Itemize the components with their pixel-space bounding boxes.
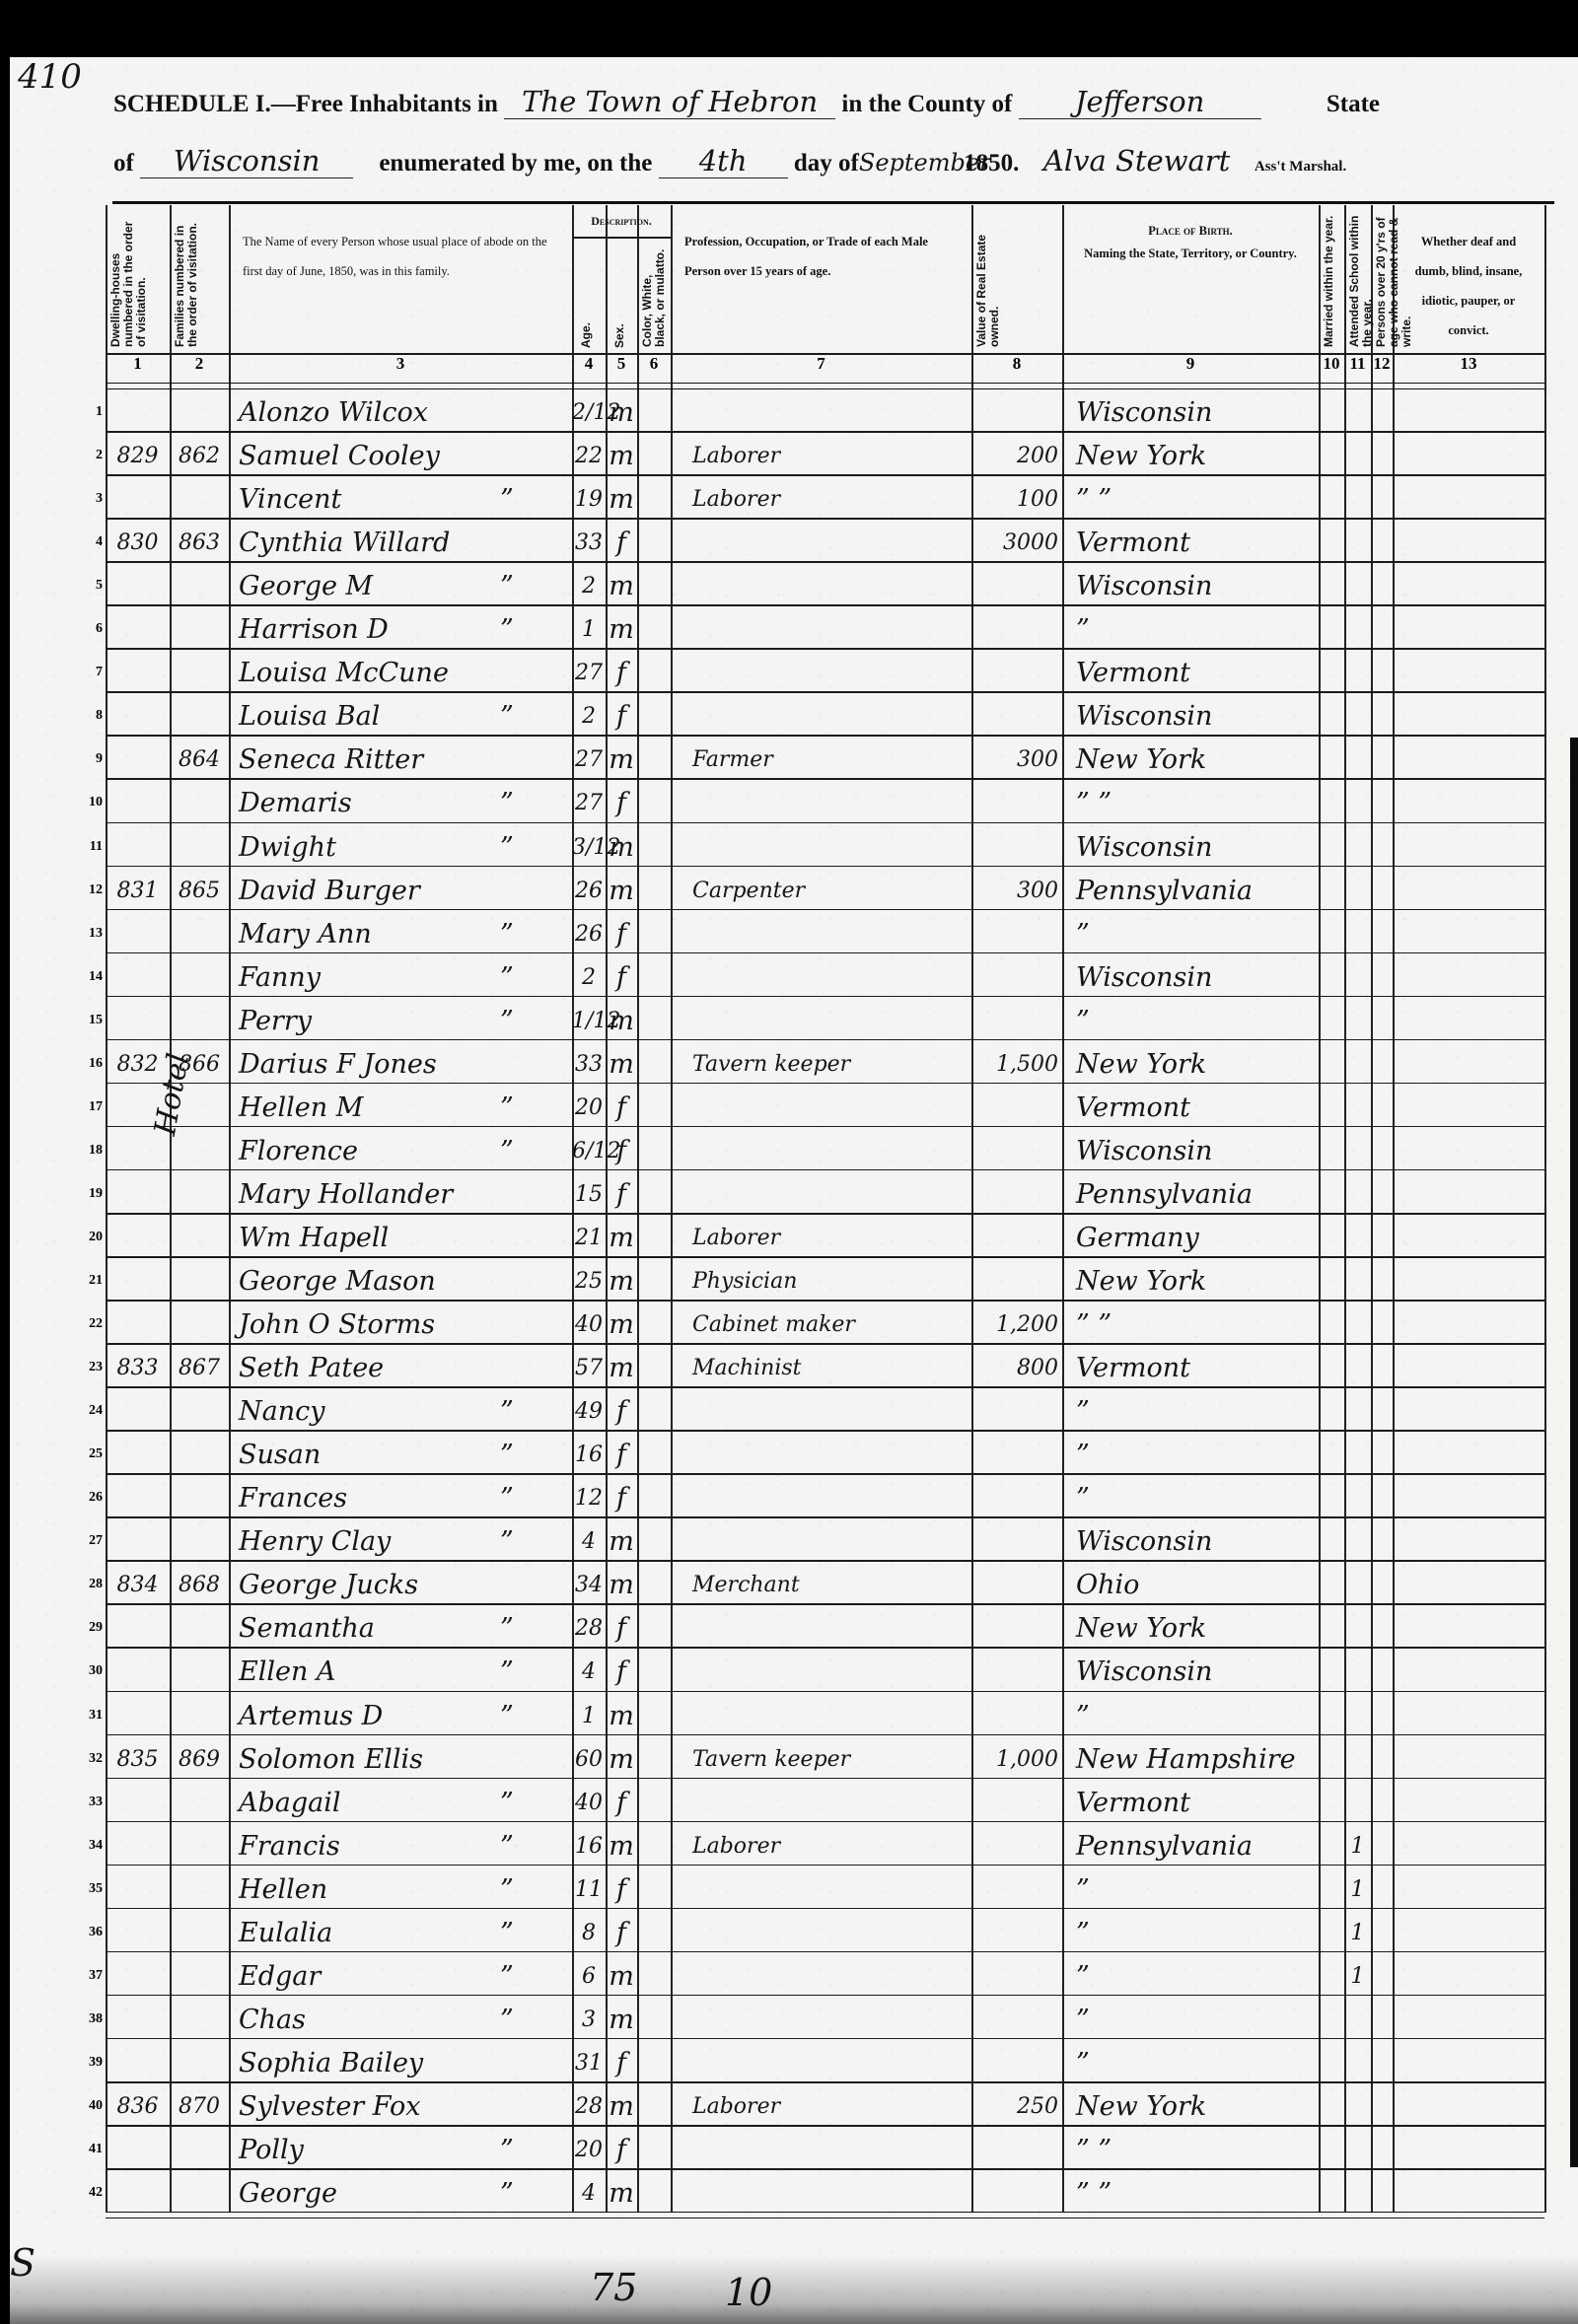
person-name: Hellen M <box>239 1093 535 1123</box>
real-estate-value: 250 <box>973 2092 1058 2122</box>
column-rule <box>106 205 108 2213</box>
row-rule <box>106 996 1544 998</box>
row-rule <box>106 691 1544 693</box>
family-number: 865 <box>172 877 227 906</box>
state-label: State <box>1327 91 1380 117</box>
person-name: Polly <box>239 2136 535 2165</box>
age: 1 <box>572 1702 606 1731</box>
column-rule <box>1062 205 1064 2213</box>
line-number: 21 <box>77 1273 103 1289</box>
age: 1 <box>572 615 606 645</box>
person-name: Mary Ann <box>239 920 535 950</box>
place-of-birth: Wisconsin <box>1076 1657 1315 1687</box>
sex: f <box>606 963 637 993</box>
row-rule <box>106 1039 1544 1041</box>
line-number: 40 <box>77 2098 103 2114</box>
county-field: Jefferson <box>1019 85 1261 119</box>
person-name: Alonzo Wilcox <box>239 398 535 428</box>
sex: m <box>606 1224 637 1253</box>
person-name: Mary Hollander <box>239 1180 535 1210</box>
column-number-12: 12 <box>1371 354 1393 374</box>
row-rule <box>106 1300 1544 1302</box>
scan-shadow <box>10 2255 1578 2324</box>
place-of-birth: ” <box>1076 1919 1315 1948</box>
real-estate-value: 3000 <box>973 528 1058 558</box>
person-name: Edgar <box>239 1962 535 1992</box>
column-number-4: 4 <box>572 354 606 374</box>
place-of-birth: Vermont <box>1076 1093 1315 1123</box>
row-rule <box>106 952 1544 954</box>
age: 15 <box>572 1180 606 1210</box>
line-number: 42 <box>77 2185 103 2201</box>
state-field: Wisconsin <box>140 144 353 178</box>
column-rule <box>170 205 172 2213</box>
place-of-birth: Wisconsin <box>1076 398 1315 428</box>
age: 26 <box>572 877 606 906</box>
person-name: Henry Clay <box>239 1527 535 1557</box>
occupation: Laborer <box>692 442 964 471</box>
name-ditto-mark: ” <box>500 2136 530 2165</box>
age: 8 <box>572 1919 606 1948</box>
dwelling-number: 834 <box>108 1571 168 1600</box>
column-header-1: Dwelling-houses numbered in the order of… <box>109 213 166 347</box>
schedule-heading: SCHEDULE I.—Free Inhabitants in <box>113 91 498 117</box>
age: 40 <box>572 1310 606 1340</box>
row-rule <box>106 1473 1544 1475</box>
line-number: 4 <box>77 534 103 550</box>
sex: m <box>606 833 637 863</box>
name-ditto-mark: ” <box>500 1962 530 1992</box>
place-field: The Town of Hebron <box>504 85 835 119</box>
sex: f <box>606 1397 637 1427</box>
line-number: 23 <box>77 1360 103 1375</box>
column-rule <box>1319 205 1321 2213</box>
row-rule <box>106 1386 1544 1388</box>
attended-school: 1 <box>1344 1919 1371 1948</box>
name-ditto-mark: ” <box>500 1875 530 1905</box>
name-ditto-mark: ” <box>500 1137 530 1166</box>
age: 31 <box>572 2049 606 2078</box>
age: 26 <box>572 920 606 950</box>
column-number-2: 2 <box>170 354 229 374</box>
name-ditto-mark: ” <box>500 1614 530 1644</box>
census-page: 410 SCHEDULE I.—Free Inhabitants in The … <box>10 57 1578 2324</box>
person-name: Darius F Jones <box>239 1050 535 1080</box>
line-number: 8 <box>77 708 103 724</box>
line-number: 29 <box>77 1620 103 1636</box>
sex: m <box>606 1527 637 1557</box>
line-number: 26 <box>77 1490 103 1506</box>
age: 28 <box>572 1614 606 1644</box>
family-number: 869 <box>172 1745 227 1775</box>
column-number-1: 1 <box>106 354 170 374</box>
age: 27 <box>572 745 606 775</box>
person-name: Sylvester Fox <box>239 2092 535 2122</box>
age: 20 <box>572 2136 606 2165</box>
age: 2 <box>572 572 606 601</box>
place-of-birth: Vermont <box>1076 1789 1315 1818</box>
header-double-rule <box>106 383 1544 389</box>
row-rule <box>106 1908 1544 1910</box>
name-ditto-mark: ” <box>500 2179 530 2209</box>
place-of-birth: Vermont <box>1076 528 1315 558</box>
age: 16 <box>572 1441 606 1470</box>
name-ditto-mark: ” <box>500 1789 530 1818</box>
row-rule <box>106 1213 1544 1215</box>
place-of-birth: Germany <box>1076 1224 1315 1253</box>
row-rule <box>106 474 1544 476</box>
column-header-4: Age. <box>580 304 600 348</box>
age: 27 <box>572 789 606 818</box>
row-rule <box>106 1778 1544 1780</box>
occupation: Laborer <box>692 1832 964 1862</box>
sex: m <box>606 485 637 515</box>
person-name: Dwight <box>239 833 535 863</box>
sex: m <box>606 1050 637 1080</box>
person-name: Wm Hapell <box>239 1224 535 1253</box>
person-name: George M <box>239 572 535 601</box>
age: 60 <box>572 1745 606 1775</box>
column-header-12: Persons over 20 y'rs of age who cannot r… <box>1375 213 1389 347</box>
line-number: 24 <box>77 1403 103 1419</box>
sex: f <box>606 528 637 558</box>
line-number: 15 <box>77 1013 103 1028</box>
place-of-birth: ” <box>1076 615 1315 645</box>
place-of-birth: ” <box>1076 1702 1315 1731</box>
line-number: 7 <box>77 665 103 680</box>
sex: m <box>606 398 637 428</box>
column-number-9: 9 <box>1062 354 1319 374</box>
sex: f <box>606 1137 637 1166</box>
column-header-2: Families numbered in the order of visita… <box>174 213 225 347</box>
column-header-10: Married within the year. <box>1323 213 1340 347</box>
family-number: 870 <box>172 2092 227 2122</box>
row-rule <box>106 909 1544 911</box>
sex: f <box>606 1484 637 1514</box>
family-number: 863 <box>172 528 227 558</box>
place-of-birth: Wisconsin <box>1076 1137 1315 1166</box>
sex: f <box>606 789 637 818</box>
day-of-label: day of <box>794 150 859 176</box>
line-number: 20 <box>77 1230 103 1245</box>
place-of-birth: ” <box>1076 2006 1315 2035</box>
name-ditto-mark: ” <box>500 485 530 515</box>
column-rule <box>1344 205 1346 2213</box>
sex: f <box>606 2136 637 2165</box>
column-rule <box>229 205 231 2213</box>
person-name: George <box>239 2179 535 2209</box>
column-header-11: Attended School within the year. <box>1348 213 1367 347</box>
place-of-birth: ” ” <box>1076 1310 1315 1340</box>
sex: m <box>606 572 637 601</box>
row-rule <box>106 604 1544 606</box>
family-number: 864 <box>172 745 227 775</box>
person-name: John O Storms <box>239 1310 535 1340</box>
sex: f <box>606 702 637 732</box>
age: 2 <box>572 702 606 732</box>
line-number: 10 <box>77 795 103 810</box>
row-rule <box>106 2081 1544 2083</box>
person-name: Ellen A <box>239 1657 535 1687</box>
line-number: 17 <box>77 1099 103 1115</box>
age: 22 <box>572 442 606 471</box>
column-number-11: 11 <box>1344 354 1371 374</box>
sex: f <box>606 1789 637 1818</box>
column-number-8: 8 <box>971 354 1062 374</box>
age: 33 <box>572 528 606 558</box>
line-number: 9 <box>77 751 103 767</box>
column-number-6: 6 <box>637 354 671 374</box>
line-number: 13 <box>77 926 103 942</box>
attended-school: 1 <box>1344 1875 1371 1905</box>
real-estate-value: 800 <box>973 1354 1058 1383</box>
row-rule <box>106 1560 1544 1562</box>
table-top-rule <box>112 201 1554 204</box>
place-of-birth: ” ” <box>1076 789 1315 818</box>
row-rule <box>106 1516 1544 1518</box>
row-rule <box>106 1865 1544 1866</box>
row-rule <box>106 648 1544 650</box>
dwelling-number: 829 <box>108 442 168 471</box>
row-rule <box>106 866 1544 868</box>
age: 28 <box>572 2092 606 2122</box>
age: 6/12 <box>572 1137 606 1166</box>
place-of-birth: Wisconsin <box>1076 1527 1315 1557</box>
place-of-birth-title: Place of Birth. <box>1072 221 1309 241</box>
row-rule <box>106 778 1544 780</box>
sex: f <box>606 1657 637 1687</box>
person-name: Hellen <box>239 1875 535 1905</box>
occupation: Tavern keeper <box>692 1745 964 1775</box>
dwelling-number: 835 <box>108 1745 168 1775</box>
age: 1/12 <box>572 1007 606 1036</box>
place-of-birth: ” <box>1076 2049 1315 2078</box>
place-of-birth: Wisconsin <box>1076 702 1315 732</box>
column-header-7: Profession, Occupation, or Trade of each… <box>684 227 958 286</box>
row-rule <box>106 1734 1544 1736</box>
line-number: 25 <box>77 1446 103 1462</box>
place-of-birth: ” ” <box>1076 485 1315 515</box>
sex: f <box>606 1875 637 1905</box>
person-name: Seth Patee <box>239 1354 535 1383</box>
real-estate-value: 1,000 <box>973 1745 1058 1775</box>
real-estate-value: 300 <box>973 877 1058 906</box>
person-name: Francis <box>239 1832 535 1862</box>
person-name: Chas <box>239 2006 535 2035</box>
row-rule <box>106 2168 1544 2170</box>
person-name: Louisa McCune <box>239 659 535 688</box>
row-rule <box>106 518 1544 520</box>
row-rule <box>106 1691 1544 1693</box>
person-name: David Burger <box>239 877 535 906</box>
name-ditto-mark: ” <box>500 1484 530 1514</box>
place-of-birth: Wisconsin <box>1076 833 1315 863</box>
description-rule <box>572 237 671 239</box>
line-number: 14 <box>77 969 103 985</box>
person-name: Vincent <box>239 485 535 515</box>
line-number: 32 <box>77 1751 103 1767</box>
column-rule <box>1544 205 1546 2213</box>
line-number: 33 <box>77 1795 103 1810</box>
age: 12 <box>572 1484 606 1514</box>
occupation: Laborer <box>692 485 964 515</box>
person-name: Florence <box>239 1137 535 1166</box>
dwelling-number: 836 <box>108 2092 168 2122</box>
of-label: of <box>113 150 134 176</box>
table-bottom-rule <box>106 2212 1544 2218</box>
column-header-6: Color, White, black, or mulatto. <box>641 245 669 347</box>
sex: m <box>606 1007 637 1036</box>
sex: m <box>606 745 637 775</box>
county-label: in the County of <box>841 91 1012 117</box>
age: 11 <box>572 1875 606 1905</box>
sex: f <box>606 1441 637 1470</box>
line-number: 41 <box>77 2142 103 2157</box>
place-of-birth: New York <box>1076 442 1315 471</box>
line-number: 31 <box>77 1708 103 1724</box>
sex: f <box>606 2049 637 2078</box>
line-number: 2 <box>77 448 103 463</box>
line-number: 16 <box>77 1056 103 1072</box>
row-rule <box>106 2125 1544 2127</box>
place-of-birth: Ohio <box>1076 1571 1315 1600</box>
line-number: 22 <box>77 1316 103 1332</box>
age: 57 <box>572 1354 606 1383</box>
family-number: 867 <box>172 1354 227 1383</box>
line-number: 28 <box>77 1577 103 1592</box>
sex: f <box>606 1093 637 1123</box>
row-rule <box>106 1951 1544 1953</box>
sex: m <box>606 615 637 645</box>
person-name: Frances <box>239 1484 535 1514</box>
column-number-7: 7 <box>671 354 971 374</box>
place-of-birth: ” <box>1076 920 1315 950</box>
person-name: Harrison D <box>239 615 535 645</box>
line-number: 12 <box>77 882 103 898</box>
sex: m <box>606 1745 637 1775</box>
column-rule <box>671 205 673 2213</box>
place-of-birth: Pennsylvania <box>1076 1180 1315 1210</box>
name-ditto-mark: ” <box>500 2006 530 2035</box>
occupation: Laborer <box>692 2092 964 2122</box>
column-number-5: 5 <box>606 354 637 374</box>
place-of-birth: ” <box>1076 1441 1315 1470</box>
occupation: Physician <box>692 1267 964 1297</box>
name-ditto-mark: ” <box>500 1397 530 1427</box>
place-of-birth: New York <box>1076 1614 1315 1644</box>
line-number: 18 <box>77 1143 103 1159</box>
person-name: Sophia Bailey <box>239 2049 535 2078</box>
sex: m <box>606 1832 637 1862</box>
name-ditto-mark: ” <box>500 1657 530 1687</box>
row-rule <box>106 1126 1544 1128</box>
sex: m <box>606 1267 637 1297</box>
name-ditto-mark: ” <box>500 1007 530 1036</box>
person-name: Louisa Bal <box>239 702 535 732</box>
row-rule <box>106 822 1544 824</box>
row-rule <box>106 1430 1544 1432</box>
sex: m <box>606 877 637 906</box>
attended-school: 1 <box>1344 1832 1371 1862</box>
enumerated-label: enumerated by me, on the <box>379 150 652 176</box>
column-rule <box>1393 205 1395 2213</box>
real-estate-value: 100 <box>973 485 1058 515</box>
real-estate-value: 1,500 <box>973 1050 1058 1080</box>
person-name: George Jucks <box>239 1571 535 1600</box>
person-name: Samuel Cooley <box>239 442 535 471</box>
row-rule <box>106 431 1544 433</box>
occupation: Farmer <box>692 745 964 775</box>
line-number: 19 <box>77 1186 103 1202</box>
sex: m <box>606 442 637 471</box>
line-number: 1 <box>77 404 103 420</box>
line-number: 39 <box>77 2055 103 2071</box>
column-rule <box>1371 205 1373 2213</box>
place-of-birth: Wisconsin <box>1076 572 1315 601</box>
place-of-birth: Vermont <box>1076 1354 1315 1383</box>
name-ditto-mark: ” <box>500 1441 530 1470</box>
row-rule <box>106 1603 1544 1605</box>
real-estate-value: 300 <box>973 745 1058 775</box>
sex: f <box>606 1614 637 1644</box>
attended-school: 1 <box>1344 1962 1371 1992</box>
person-name: Fanny <box>239 963 535 993</box>
month-field: September <box>859 149 958 176</box>
sex: f <box>606 659 637 688</box>
line-number: 5 <box>77 578 103 594</box>
place-of-birth: ” ” <box>1076 2136 1315 2165</box>
person-name: Seneca Ritter <box>239 745 535 775</box>
name-ditto-mark: ” <box>500 963 530 993</box>
age: 6 <box>572 1962 606 1992</box>
binding-edge <box>1570 738 1578 2167</box>
sex: f <box>606 920 637 950</box>
real-estate-value: 1,200 <box>973 1310 1058 1340</box>
age: 4 <box>572 1657 606 1687</box>
column-header-3: The Name of every Person whose usual pla… <box>243 227 558 286</box>
person-name: George Mason <box>239 1267 535 1297</box>
age: 33 <box>572 1050 606 1080</box>
place-of-birth: Vermont <box>1076 659 1315 688</box>
occupation: Merchant <box>692 1571 964 1600</box>
marshal-title: Ass't Marshal. <box>1255 159 1346 175</box>
age: 2/12 <box>572 398 606 428</box>
sex: m <box>606 2092 637 2122</box>
sex: f <box>606 1180 637 1210</box>
line-number: 37 <box>77 1968 103 1984</box>
occupation: Laborer <box>692 1224 964 1253</box>
place-of-birth: ” <box>1076 1962 1315 1992</box>
name-ditto-mark: ” <box>500 789 530 818</box>
person-name: Solomon Ellis <box>239 1745 535 1775</box>
place-of-birth: ” <box>1076 1007 1315 1036</box>
sex: m <box>606 1354 637 1383</box>
description-group-header: Description. <box>572 211 671 231</box>
sex: f <box>606 1919 637 1948</box>
person-name: Demaris <box>239 789 535 818</box>
person-name: Eulalia <box>239 1919 535 1948</box>
age: 40 <box>572 1789 606 1818</box>
age: 49 <box>572 1397 606 1427</box>
age: 4 <box>572 2179 606 2209</box>
line-number: 6 <box>77 621 103 637</box>
person-name: Perry <box>239 1007 535 1036</box>
marshal-name: Alva Stewart <box>1026 144 1249 177</box>
family-number: 868 <box>172 1571 227 1600</box>
row-rule <box>106 1169 1544 1171</box>
line-number: 35 <box>77 1881 103 1897</box>
place-of-birth: ” <box>1076 1484 1315 1514</box>
